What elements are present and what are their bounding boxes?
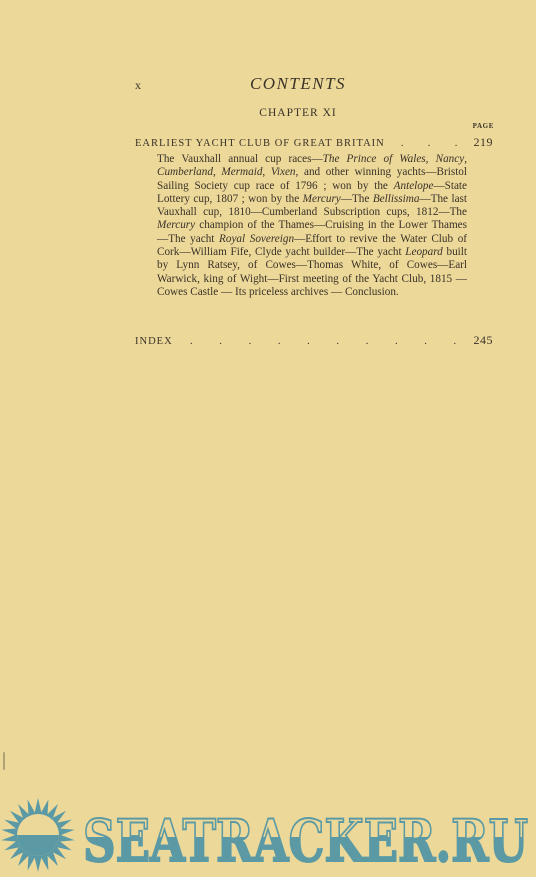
yacht-name: Leopard (405, 246, 443, 258)
yacht-name: Mercury (303, 193, 341, 205)
yacht-name: Mermaid (221, 166, 262, 178)
leader-dot: . (190, 336, 193, 347)
leader-dot: . (366, 336, 369, 347)
summary-text: , (464, 153, 467, 165)
watermark-graphic: SEATRACKER.RU SEATRACKER.RU (0, 798, 536, 873)
toc-entry-title: INDEX (135, 336, 173, 347)
leader-dot: . (307, 336, 310, 347)
watermark-text: SEATRACKER.RU SEATRACKER.RU (83, 807, 528, 873)
yacht-name: Antelope (394, 180, 434, 192)
dot-leaders: ... (385, 138, 474, 149)
yacht-name: Cumberland (157, 166, 213, 178)
leader-dot: . (428, 138, 431, 149)
summary-text: —The (341, 193, 373, 205)
toc-entry-page: 219 (474, 135, 494, 150)
toc-entry-title: EARLIEST YACHT CLUB OF GREAT BRITAIN (135, 138, 385, 149)
summary-text: The Vauxhall annual cup races— (157, 153, 323, 165)
yacht-name: Nancy (436, 153, 465, 165)
chapter-heading: CHAPTER XI (0, 107, 536, 119)
leader-dot: . (336, 336, 339, 347)
toc-entry-index: INDEX .......... 245 (135, 333, 493, 348)
toc-entry-chapter-xi: EARLIEST YACHT CLUB OF GREAT BRITAIN ...… (135, 135, 493, 150)
chapter-summary: The Vauxhall annual cup races—The Prince… (157, 153, 467, 299)
yacht-name: Royal Sovereign (219, 233, 294, 245)
yacht-name: The Prince of Wales (323, 153, 426, 165)
sun-icon (1, 798, 74, 872)
toc-entry-page: 245 (474, 333, 494, 348)
leader-dot: . (454, 336, 457, 347)
page-column-label: PAGE (473, 122, 494, 130)
running-head: CONTENTS (0, 74, 536, 94)
dot-leaders: .......... (173, 336, 474, 347)
leader-dot: . (424, 336, 427, 347)
summary-text: , (262, 166, 270, 178)
leader-dot: . (401, 138, 404, 149)
leader-dot: . (455, 138, 458, 149)
margin-mark (3, 752, 5, 770)
yacht-name: Mercury (157, 219, 195, 231)
leader-dot: . (395, 336, 398, 347)
yacht-name: Vixen (271, 166, 296, 178)
leader-dot: . (249, 336, 252, 347)
watermark: SEATRACKER.RU SEATRACKER.RU (0, 798, 536, 873)
leader-dot: . (219, 336, 222, 347)
leader-dot: . (278, 336, 281, 347)
summary-text: , (426, 153, 436, 165)
yacht-name: Bellissima (373, 193, 420, 205)
